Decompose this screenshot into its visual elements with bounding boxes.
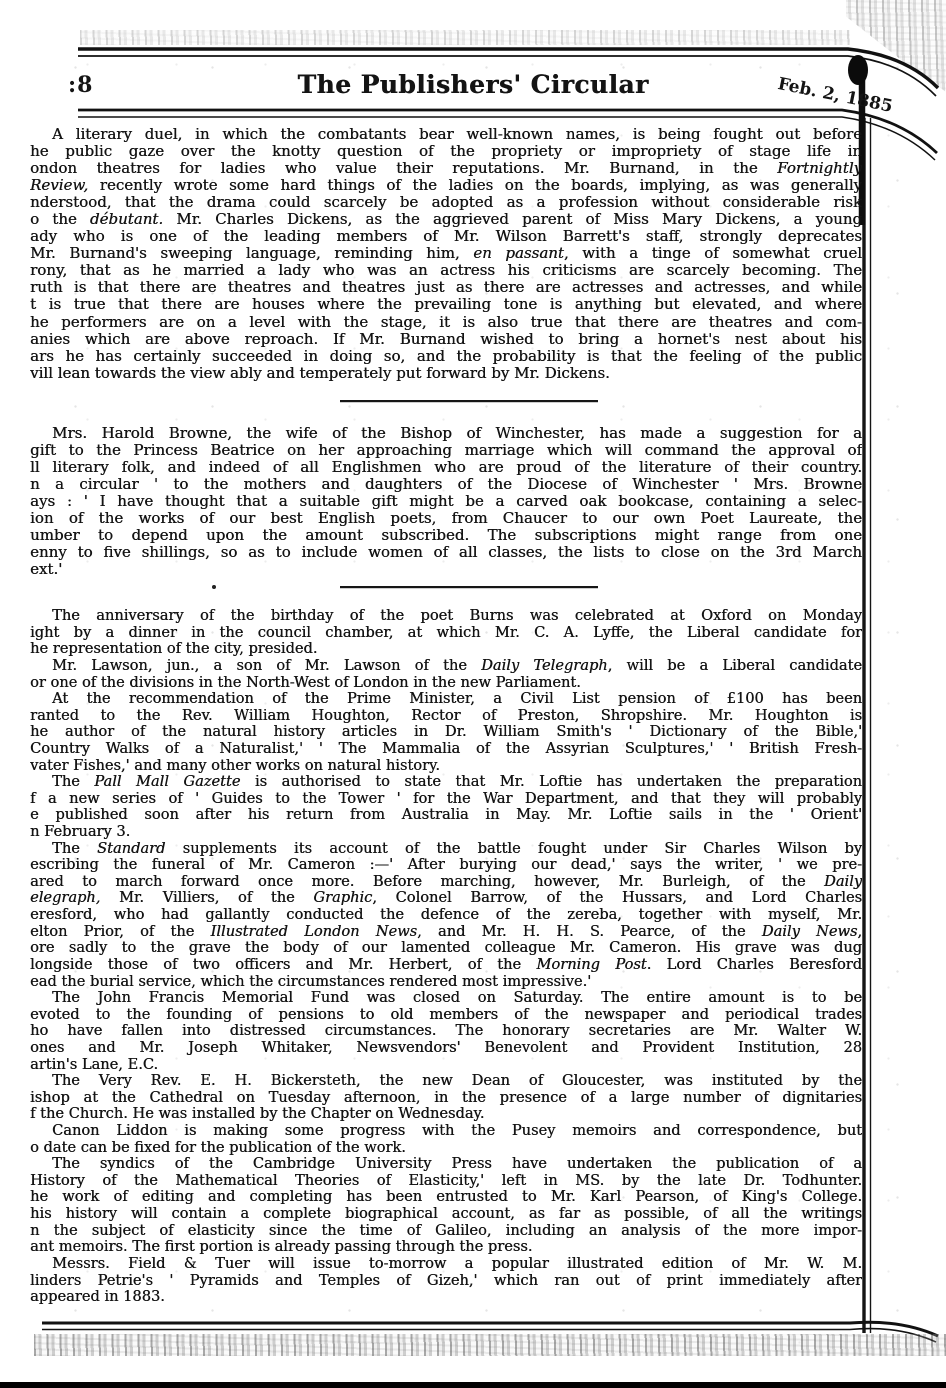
text-line: o the débutant. Mr. Charles Dickens, as …: [30, 211, 862, 228]
text-line: ared to march forward once more. Before …: [30, 874, 862, 891]
text-line: The anniversary of the birthday of the p…: [30, 608, 862, 625]
text-line: appeared in 1883.: [30, 1289, 862, 1306]
text-line: artin's Lane, E.C.: [30, 1057, 862, 1074]
text-line: enny to five shillings, so as to include…: [30, 544, 862, 561]
scan-noise-bottom: [34, 1334, 946, 1356]
text-line: History of the Mathematical Theories of …: [30, 1173, 862, 1190]
text-line: Canon Liddon is making some progress wit…: [30, 1123, 862, 1140]
text-line: he representation of the city, presided.: [30, 641, 862, 658]
text-line: ady who is one of the leading members of…: [30, 228, 862, 245]
text-line: f the Church. He was installed by the Ch…: [30, 1106, 862, 1123]
text-line: A literary duel, in which the combatants…: [30, 126, 862, 143]
text-line: At the recommendation of the Prime Minis…: [30, 691, 862, 708]
text-line: he author of the natural history article…: [30, 724, 862, 741]
text-line: his history will contain a complete biog…: [30, 1206, 862, 1223]
text-line: ant memoirs. The first portion is alread…: [30, 1239, 862, 1256]
article-section-1: A literary duel, in which the combatants…: [30, 126, 862, 382]
text-line: ars he has certainly succeeded in doing …: [30, 348, 862, 365]
text-line: The John Francis Memorial Fund was close…: [30, 990, 862, 1007]
text-line: Mr. Burnand's sweeping language, remindi…: [30, 245, 862, 262]
scan-bottom-edge: [0, 1382, 946, 1388]
text-line: n a circular ' to the mothers and daught…: [30, 476, 862, 493]
text-line: ruth is that there are theatres and thea…: [30, 279, 862, 296]
text-column: A literary duel, in which the combatants…: [30, 126, 862, 1306]
text-line: Mr. Lawson, jun., a son of Mr. Lawson of…: [30, 658, 862, 675]
text-line: anies which are above reproach. If Mr. B…: [30, 331, 862, 348]
text-line: ishop at the Cathedral on Tuesday aftern…: [30, 1090, 862, 1107]
text-line: ondon theatres for ladies who value thei…: [30, 160, 862, 177]
text-line: he public gaze over the knotty question …: [30, 143, 862, 160]
text-line: The Standard supplements its account of …: [30, 841, 862, 858]
section-divider: [340, 400, 598, 402]
text-line: eresford, who had gallantly conducted th…: [30, 907, 862, 924]
text-line: n the subject of elasticity since the ti…: [30, 1223, 862, 1240]
article-section-3: The anniversary of the birthday of the p…: [30, 608, 862, 1306]
text-line: ight by a dinner in the council chamber,…: [30, 625, 862, 642]
section-divider: [340, 586, 598, 588]
text-line: Messrs. Field & Tuer will issue to-morro…: [30, 1256, 862, 1273]
text-line: Country Walks of a Naturalist,' ' The Ma…: [30, 741, 862, 758]
text-line: n February 3.: [30, 824, 862, 841]
text-line: ays : ' I have thought that a suitable g…: [30, 493, 862, 510]
text-line: vill lean towards the view ably and temp…: [30, 365, 862, 382]
text-line: nderstood, that the drama could scarcely…: [30, 194, 862, 211]
text-line: ones and Mr. Joseph Whitaker, Newsvendor…: [30, 1040, 862, 1057]
text-line: t is true that there are houses where th…: [30, 296, 862, 313]
text-line: he work of editing and completing has be…: [30, 1189, 862, 1206]
text-line: gift to the Princess Beatrice on her app…: [30, 442, 862, 459]
text-line: Mrs. Harold Browne, the wife of the Bish…: [30, 425, 862, 442]
text-line: o date can be fixed for the publication …: [30, 1140, 862, 1157]
text-line: rony, that as he married a lady who was …: [30, 262, 862, 279]
text-line: ion of the works of our best English poe…: [30, 510, 862, 527]
text-line: ll literary folk, and indeed of all Engl…: [30, 459, 862, 476]
text-line: elegraph, Mr. Villiers, of the Graphic, …: [30, 890, 862, 907]
text-line: umber to depend upon the amount subscrib…: [30, 527, 862, 544]
article-section-2: Mrs. Harold Browne, the wife of the Bish…: [30, 425, 862, 578]
text-line: elton Prior, of the Illustrated London N…: [30, 924, 862, 941]
text-line: vater Fishes,' and many other works on n…: [30, 758, 862, 775]
text-line: evoted to the founding of pensions to ol…: [30, 1007, 862, 1024]
text-line: ranted to the Rev. William Houghton, Rec…: [30, 708, 862, 725]
text-line: ext.': [30, 561, 862, 578]
text-line: f a new series of ' Guides to the Tower …: [30, 791, 862, 808]
text-line: The Very Rev. E. H. Bickersteth, the new…: [30, 1073, 862, 1090]
text-line: e published soon after his return from A…: [30, 807, 862, 824]
text-line: escribing the funeral of Mr. Cameron :—'…: [30, 857, 862, 874]
text-line: The syndics of the Cambridge University …: [30, 1156, 862, 1173]
text-line: or one of the divisions in the North-Wes…: [30, 675, 862, 692]
text-line: longside those of two officers and Mr. H…: [30, 957, 862, 974]
text-line: ho have fallen into distressed circumsta…: [30, 1023, 862, 1040]
text-line: The Pall Mall Gazette is authorised to s…: [30, 774, 862, 791]
text-line: he performers are on a level with the st…: [30, 314, 862, 331]
scan-noise-top: [80, 30, 850, 45]
scanned-page: { "header": { "page_number": ":8", "titl…: [0, 0, 946, 1388]
text-line: ead the burial service, which the circum…: [30, 974, 862, 991]
text-line: linders Petrie's ' Pyramids and Temples …: [30, 1273, 862, 1290]
text-line: ore sadly to the grave the body of our l…: [30, 940, 862, 957]
text-line: Review, recently wrote some hard things …: [30, 177, 862, 194]
